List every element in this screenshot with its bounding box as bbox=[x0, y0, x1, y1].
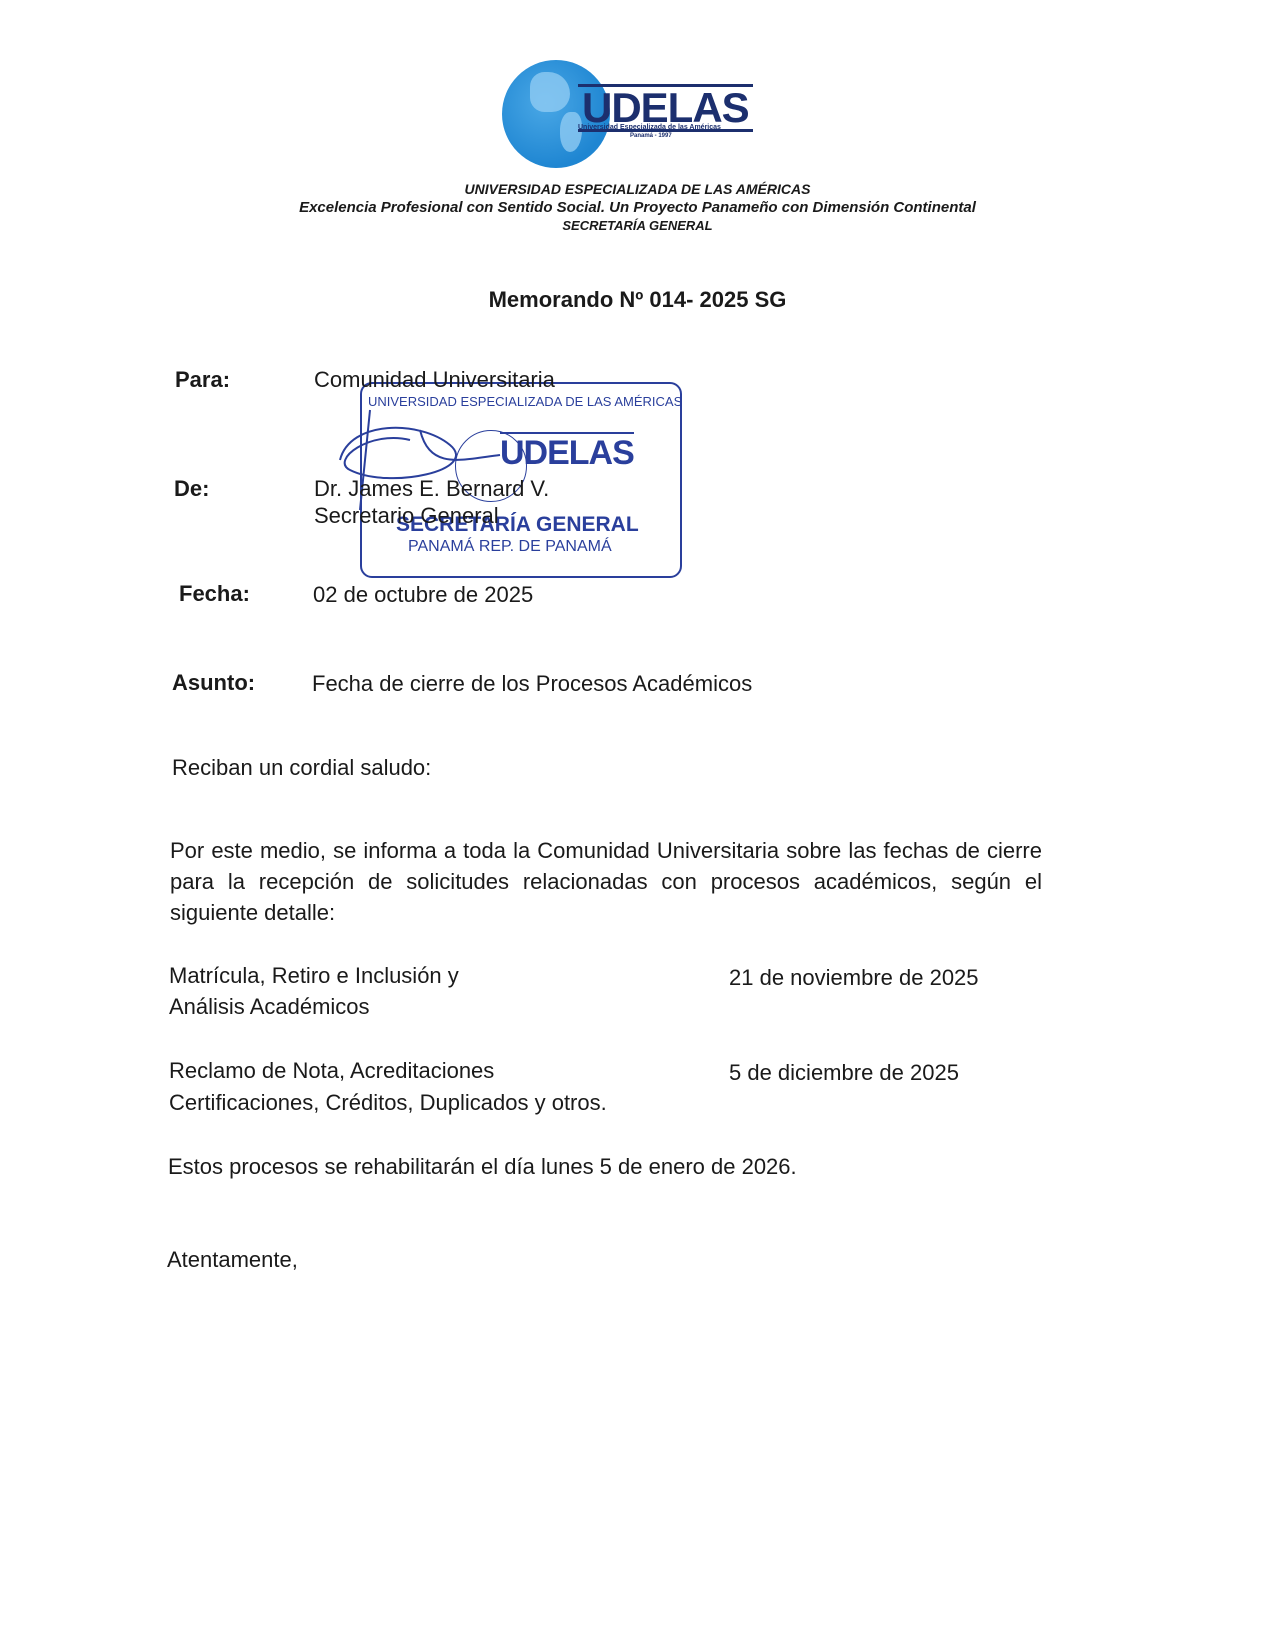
memo-title: Memorando Nº 014- 2025 SG bbox=[0, 287, 1275, 313]
intro-paragraph: Por este medio, se informa a toda la Com… bbox=[170, 835, 1042, 928]
institution-name: UNIVERSIDAD ESPECIALIZADA DE LAS AMÉRICA… bbox=[0, 181, 1275, 197]
closing: Atentamente, bbox=[167, 1244, 298, 1275]
item-1-line1: Matrícula, Retiro e Inclusión y bbox=[169, 960, 459, 991]
de-label: De: bbox=[174, 476, 209, 502]
item-2-line2: Certificaciones, Créditos, Duplicados y … bbox=[169, 1087, 607, 1118]
logo-continent-north bbox=[530, 72, 570, 112]
fecha-value: 02 de octubre de 2025 bbox=[313, 582, 533, 608]
asunto-value: Fecha de cierre de los Procesos Académic… bbox=[312, 671, 752, 697]
item-2-line1: Reclamo de Nota, Acreditaciones bbox=[169, 1055, 494, 1086]
fecha-label: Fecha: bbox=[179, 581, 250, 607]
greeting: Reciban un cordial saludo: bbox=[172, 752, 431, 783]
para-value: Comunidad Universitaria bbox=[314, 367, 555, 393]
de-title: Secretario General bbox=[314, 503, 499, 529]
asunto-label: Asunto: bbox=[172, 670, 255, 696]
item-1-date: 21 de noviembre de 2025 bbox=[729, 962, 979, 993]
de-name: Dr. James E. Bernard V. bbox=[314, 476, 549, 502]
logo-subtitle: Universidad Especializada de las América… bbox=[578, 124, 721, 131]
logo-year: Panamá - 1997 bbox=[630, 133, 672, 139]
reopen-note: Estos procesos se rehabilitarán el día l… bbox=[168, 1151, 797, 1182]
item-2-date: 5 de diciembre de 2025 bbox=[729, 1057, 959, 1088]
institution-motto: Excelencia Profesional con Sentido Socia… bbox=[0, 199, 1275, 216]
stamp-location: PANAMÁ REP. DE PANAMÁ bbox=[408, 538, 612, 556]
para-label: Para: bbox=[175, 367, 230, 393]
department-name: SECRETARÍA GENERAL bbox=[0, 218, 1275, 233]
item-1-line2: Análisis Académicos bbox=[169, 991, 370, 1022]
